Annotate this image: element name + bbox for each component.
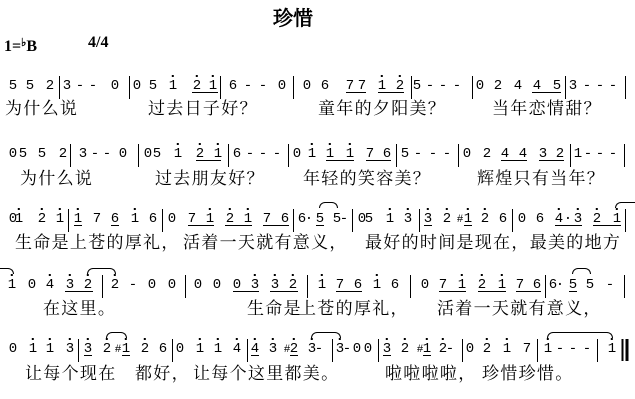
note-high-octave: 4 bbox=[251, 342, 259, 356]
barline: | bbox=[332, 339, 333, 362]
note-high-octave: 1 bbox=[423, 342, 431, 356]
note-high-octave: 1 bbox=[608, 342, 616, 356]
barline: | bbox=[597, 339, 598, 362]
lyric-line: 啦啦啦啦， bbox=[385, 365, 477, 383]
note-high-octave: 1 bbox=[29, 342, 37, 356]
note-high-octave: 2 bbox=[290, 342, 298, 356]
dash: - bbox=[446, 342, 454, 356]
note-high-octave: 4 bbox=[233, 342, 241, 356]
barline: | bbox=[537, 339, 538, 362]
beam-underline bbox=[84, 355, 92, 356]
note-high-octave: 3 bbox=[383, 342, 391, 356]
note-high-octave: 1 bbox=[196, 342, 204, 356]
note-high-octave: 1 bbox=[46, 342, 54, 356]
rest: 0 bbox=[353, 342, 361, 356]
dash: - bbox=[583, 342, 591, 356]
barline: | bbox=[172, 339, 173, 362]
beam-underline bbox=[122, 355, 130, 356]
beam-underline bbox=[290, 355, 298, 356]
tie-arc bbox=[547, 332, 613, 338]
dash: - bbox=[556, 342, 564, 356]
lyric-line: 珍惜珍惜。 bbox=[482, 365, 574, 383]
barline: | bbox=[378, 339, 379, 362]
note-high-octave: 3 bbox=[66, 342, 74, 356]
note-high-octave: 3 bbox=[84, 342, 92, 356]
note: 7 bbox=[523, 342, 531, 356]
dash: - bbox=[343, 342, 351, 356]
dash: - bbox=[315, 342, 323, 356]
dash: - bbox=[569, 342, 577, 356]
note-high-octave: 2 bbox=[141, 342, 149, 356]
note-high-octave: 2 bbox=[401, 342, 409, 356]
sharp-sign: # bbox=[115, 343, 122, 357]
note-high-octave: 1 bbox=[122, 342, 130, 356]
beam-underline bbox=[423, 355, 431, 356]
rest: 0 bbox=[176, 342, 184, 356]
barline: | bbox=[247, 339, 248, 362]
note: 6 bbox=[159, 342, 167, 356]
score-sheet: 珍惜 1=♭B 4/4 552|3--0|05121|6--0|067712|5… bbox=[0, 0, 635, 399]
lyric-line: 让每个这里都美。 bbox=[193, 365, 339, 383]
note-high-octave: 2 bbox=[483, 342, 491, 356]
barline: | bbox=[462, 339, 463, 362]
rest: 0 bbox=[364, 342, 372, 356]
final-barline: ‖ bbox=[622, 339, 629, 361]
barline: | bbox=[78, 339, 79, 362]
lyric-line: 都好， bbox=[135, 365, 190, 383]
staff-row-5: 0113|32#126|0114|43#23-|3-00|32#12-|0217… bbox=[0, 0, 635, 399]
rest: 0 bbox=[466, 342, 474, 356]
note-high-octave: 2 bbox=[103, 342, 111, 356]
note-high-octave: 1 bbox=[503, 342, 511, 356]
rest: 0 bbox=[9, 342, 17, 356]
tie-arc bbox=[311, 332, 341, 338]
note-high-octave: 3 bbox=[269, 342, 277, 356]
tie-arc bbox=[106, 332, 127, 338]
note-high-octave: 1 bbox=[214, 342, 222, 356]
note-high-octave: 1 bbox=[544, 342, 552, 356]
lyric-line: 让每个现在 bbox=[25, 365, 117, 383]
beam-underline bbox=[251, 355, 259, 356]
beam-underline bbox=[383, 355, 391, 356]
